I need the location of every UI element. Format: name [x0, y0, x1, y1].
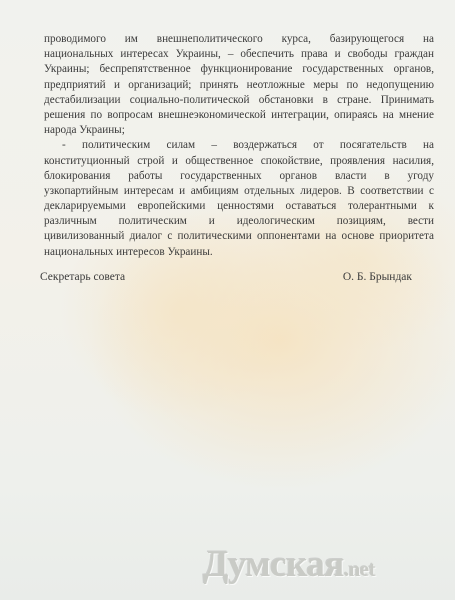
text-line: народа Украины; [44, 123, 434, 138]
document-body: проводимого им внешнеполитического курса… [44, 32, 434, 260]
text-line: конституционный строй и общественное спо… [44, 154, 434, 169]
scanned-paper: проводимого им внешнеполитического курса… [0, 0, 455, 600]
text-line: декларируемыми европейскими ценностями о… [44, 199, 434, 214]
text-line: предприятий и организаций; принять неотл… [44, 78, 434, 93]
text-line: цивилизованный диалог с политическими оп… [44, 229, 434, 244]
signatory-name: О. Б. Брындак [343, 271, 412, 283]
text-line: национальных интересах Украины, – обеспе… [44, 47, 434, 62]
text-line: решения по вопросам внешнеэкономической … [44, 108, 434, 123]
text-line: национальных интересов Украины. [44, 245, 434, 260]
signature-block: Секретарь совета О. Б. Брындак [40, 271, 412, 283]
text-line: - политическим силам – воздержаться от п… [44, 138, 434, 153]
text-line: Украины; беспрепятственное функционирова… [44, 62, 434, 77]
signatory-title: Секретарь совета [40, 271, 125, 283]
text-line: проводимого им внешнеполитического курса… [44, 32, 434, 47]
watermark-brand: Думская [203, 544, 344, 585]
text-line: блокирования работы государственных орга… [44, 169, 434, 184]
watermark-logo: Думская.net [203, 543, 375, 586]
text-line: узкопартийным интересам и амбициям отдел… [44, 184, 434, 199]
watermark-suffix: .net [344, 557, 375, 581]
text-line: дестабилизации социально-политической об… [44, 93, 434, 108]
text-line: различным политическим и идеологическим … [44, 214, 434, 229]
